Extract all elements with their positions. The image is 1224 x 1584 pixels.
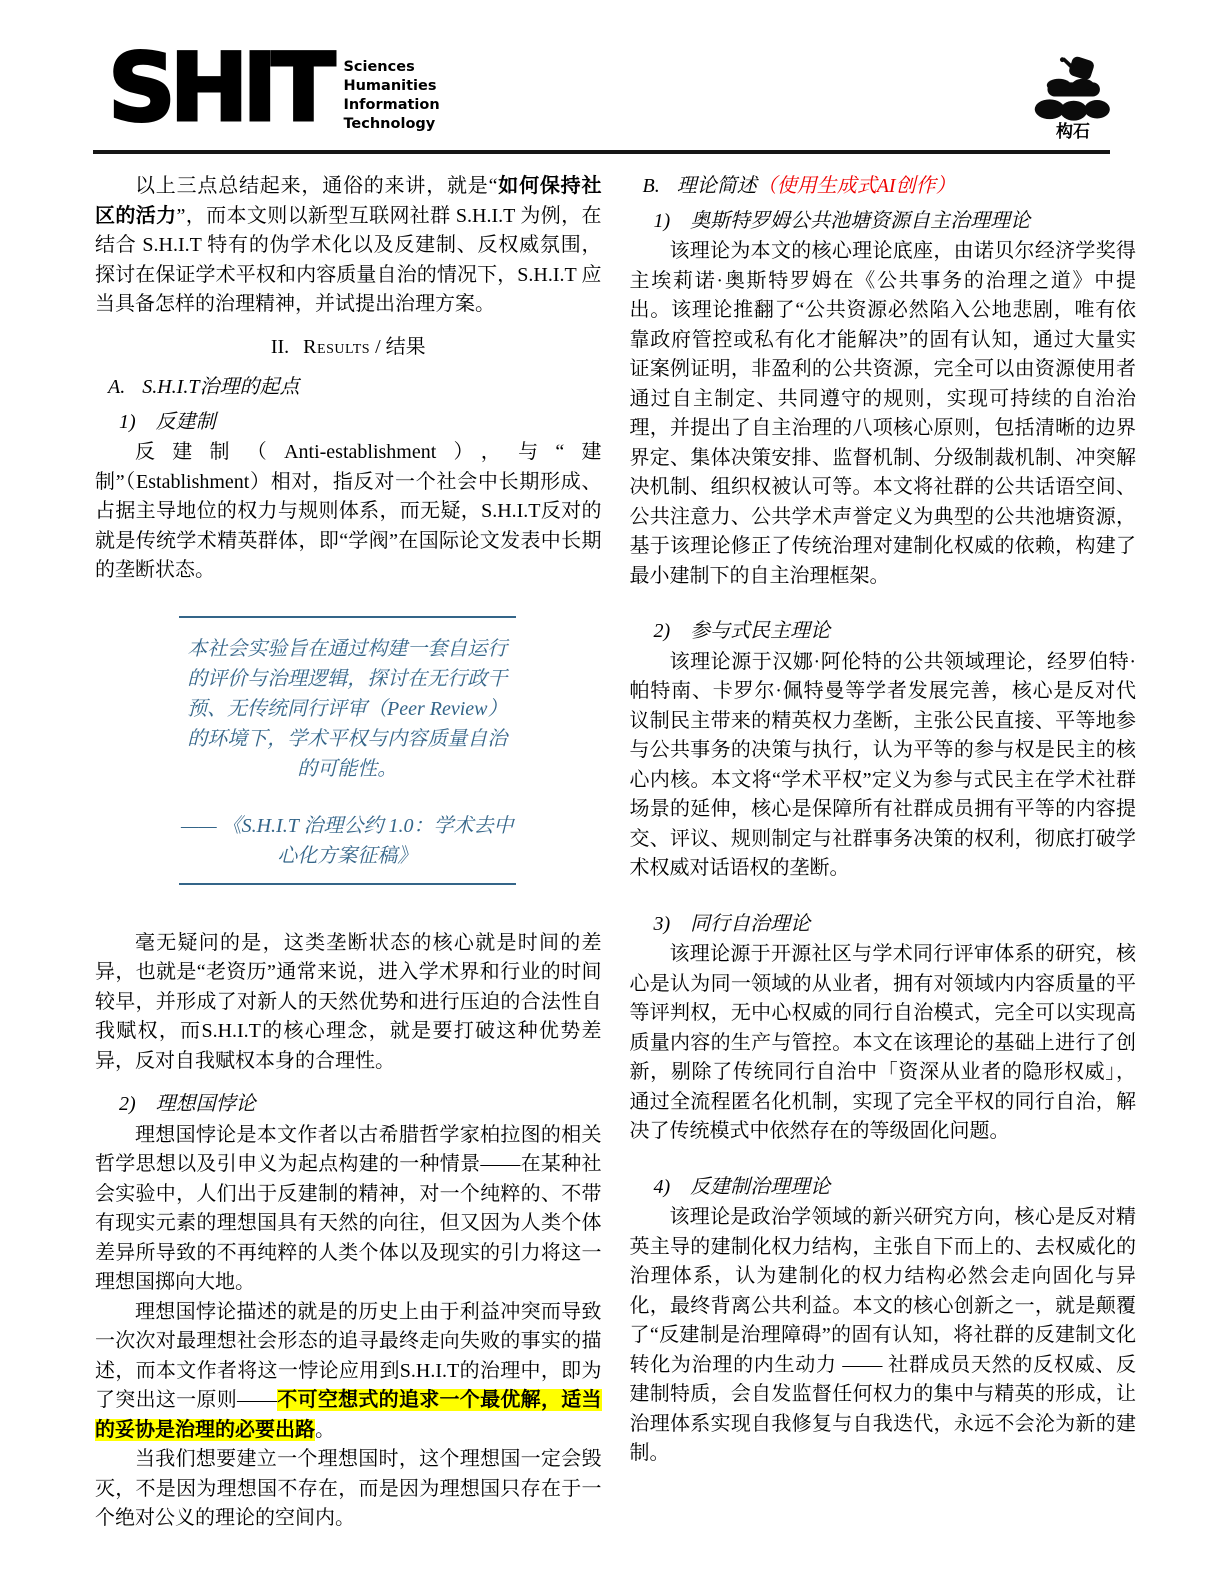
utopia-paragraph-3: 当我们想要建立一个理想国时，这个理想国一定会毁灭，不是因为理想国不存在，而是因为… (95, 1445, 602, 1534)
ai-disclosure-note: （使用生成式AI创作） (757, 175, 956, 197)
org-mark: 构石 (1030, 54, 1116, 142)
theory-4-heading: 4)反建制治理理论 (630, 1173, 1137, 1203)
theory-3-paragraph: 该理论源于开源社区与学术同行评审体系的研究，核心是认为同一领域的从业者，拥有对领… (630, 940, 1137, 1147)
theory-2-paragraph: 该理论源于汉娜·阿伦特的公共领域理论，经罗伯特·帕特南、卡罗尔·佩特曼等学者发展… (630, 648, 1137, 884)
logo-word: Information (343, 96, 439, 115)
results-word: Results (303, 336, 370, 358)
rock-pile-icon (1030, 54, 1116, 122)
monopoly-paragraph: 毫无疑问的是，这类垄断状态的核心就是时间的差异，也就是“老资历”通常来说，进入学… (95, 929, 602, 1077)
subsection-2-title: 理想国悖论 (156, 1093, 256, 1115)
intro-pre: 以上三点总结起来，通俗的来讲，就是“ (135, 175, 497, 197)
pull-quote-citation: —— 《S.H.I.T 治理公约 1.0：学术去中心化方案征稿》 (181, 811, 514, 871)
section-b-title: 理论简述 (677, 175, 757, 197)
left-column: 以上三点总结起来，通俗的来讲，就是“如何保持社区的活力”，而本文则以新型互联网社… (95, 164, 602, 1534)
logo-word: Technology (343, 115, 439, 134)
theory-3-title: 同行自治理论 (690, 913, 810, 935)
theory-3-num: 3) (654, 913, 671, 935)
pull-quote-text: 本社会实验旨在通过构建一套自运行的评价与治理逻辑，探讨在无行政干预、无传统同行评… (181, 634, 514, 784)
section-b-label: B. (643, 175, 660, 197)
section-a-label: A. (108, 376, 125, 398)
theory-1-heading: 1)奥斯特罗姆公共池塘资源自主治理理论 (630, 207, 1137, 237)
journal-brand: SHIT Sciences Humanities Information Tec… (108, 50, 440, 134)
section-b-heading: B.理论简述（使用生成式AI创作） (630, 172, 1137, 202)
utopia-paragraph-2: 理想国悖论描述的就是的历史上由于利益冲突而导致一次次对最理想社会形态的追寻最终走… (95, 1298, 602, 1446)
theory-1-title: 奥斯特罗姆公共池塘资源自主治理理论 (690, 210, 1030, 232)
theory-4-title: 反建制治理理论 (690, 1176, 830, 1198)
masthead: SHIT Sciences Humanities Information Tec… (0, 0, 1224, 142)
theory-2-title: 参与式民主理论 (690, 620, 830, 642)
theory-1-num: 1) (654, 210, 671, 232)
org-mark-label: 构石 (1056, 122, 1090, 142)
subsection-2-num: 2) (119, 1093, 136, 1115)
article-body: 以上三点总结起来，通俗的来讲，就是“如何保持社区的活力”，而本文则以新型互联网社… (0, 154, 1224, 1534)
theory-4-paragraph: 该理论是政治学领域的新兴研究方向，核心是反对精英主导的建制化权力结构，主张自下而… (630, 1203, 1137, 1469)
theory-1-paragraph: 该理论为本文的核心理论底座，由诺贝尔经济学奖得主埃莉诺·奥斯特罗姆在《公共事务的… (630, 237, 1137, 591)
results-heading: II.Results / 结果 (95, 333, 602, 363)
theory-3-heading: 3)同行自治理论 (630, 910, 1137, 940)
results-numeral: II. (271, 336, 289, 358)
theory-2-heading: 2)参与式民主理论 (630, 617, 1137, 647)
subsection-1-title: 反建制 (156, 411, 216, 433)
section-a-heading: A.S.H.I.T治理的起点 (95, 373, 602, 403)
pull-quote: 本社会实验旨在通过构建一套自运行的评价与治理逻辑，探讨在无行政干预、无传统同行评… (179, 616, 516, 885)
utopia-paragraph-1: 理想国悖论是本文作者以古希腊哲学家柏拉图的相关哲学思想以及引申义为起点构建的一种… (95, 1121, 602, 1298)
paper-page: SHIT Sciences Humanities Information Tec… (0, 0, 1224, 1584)
journal-logo: SHIT (108, 50, 329, 128)
subsection-1-num: 1) (119, 411, 136, 433)
right-column: B.理论简述（使用生成式AI创作） 1)奥斯特罗姆公共池塘资源自主治理理论 该理… (630, 164, 1137, 1534)
theory-2-num: 2) (654, 620, 671, 642)
logo-word: Humanities (343, 77, 439, 96)
results-suffix: / 结果 (370, 336, 426, 358)
section-a-title: S.H.I.T治理的起点 (142, 376, 299, 398)
subsection-2-heading: 2)理想国悖论 (95, 1090, 602, 1120)
utopia-2-post: 。 (315, 1419, 335, 1441)
subsection-1-heading: 1)反建制 (95, 408, 602, 438)
logo-word: Sciences (343, 58, 439, 77)
journal-logo-words: Sciences Humanities Information Technolo… (343, 50, 439, 134)
theory-4-num: 4) (654, 1176, 671, 1198)
intro-paragraph: 以上三点总结起来，通俗的来讲，就是“如何保持社区的活力”，而本文则以新型互联网社… (95, 172, 602, 320)
anti-establishment-paragraph: 反建制（Anti-establishment），与“建制”（Establishm… (95, 438, 602, 586)
